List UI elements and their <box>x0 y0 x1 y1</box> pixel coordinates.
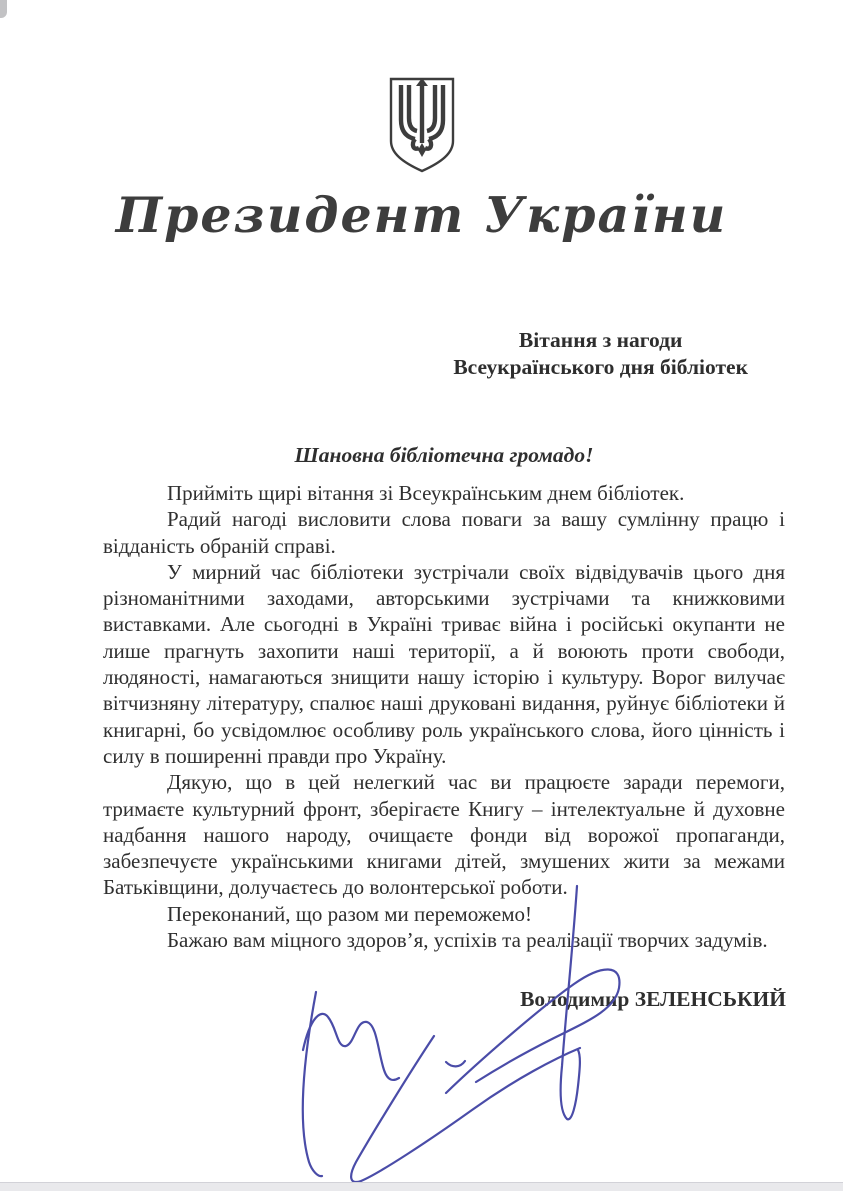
page-title: Президент України <box>0 186 843 244</box>
paragraph: Дякую, що в цей нелегкий час ви працюєте… <box>103 769 785 900</box>
coat-of-arms <box>0 75 843 175</box>
ukraine-trident-icon <box>386 75 458 175</box>
paragraph: Бажаю вам міцного здоров’я, успіхів та р… <box>103 927 785 953</box>
paragraph: У мирний час бібліотеки зустрічали своїх… <box>103 559 785 769</box>
paragraph: Переконаний, що разом ми переможемо! <box>103 901 785 927</box>
paragraph: Прийміть щирі вітання зі Всеукраїнським … <box>103 480 785 506</box>
subject-heading: Вітання з нагоди Всеукраїнського дня біб… <box>453 327 748 381</box>
salutation: Шановна бібліотечна громадо! <box>103 443 785 468</box>
subject-line-2: Всеукраїнського дня бібліотек <box>453 354 748 381</box>
letter-body: Прийміть щирі вітання зі Всеукраїнським … <box>103 480 785 953</box>
scan-artifact-bottom-edge <box>0 1182 843 1191</box>
letter-page: Президент України Вітання з нагоди Всеук… <box>0 0 843 1191</box>
signer-name: Володимир ЗЕЛЕНСЬКИЙ <box>520 987 786 1012</box>
subject-line-1: Вітання з нагоди <box>453 327 748 354</box>
scan-artifact-top-left <box>0 0 7 18</box>
paragraph: Радий нагоді висловити слова поваги за в… <box>103 506 785 559</box>
